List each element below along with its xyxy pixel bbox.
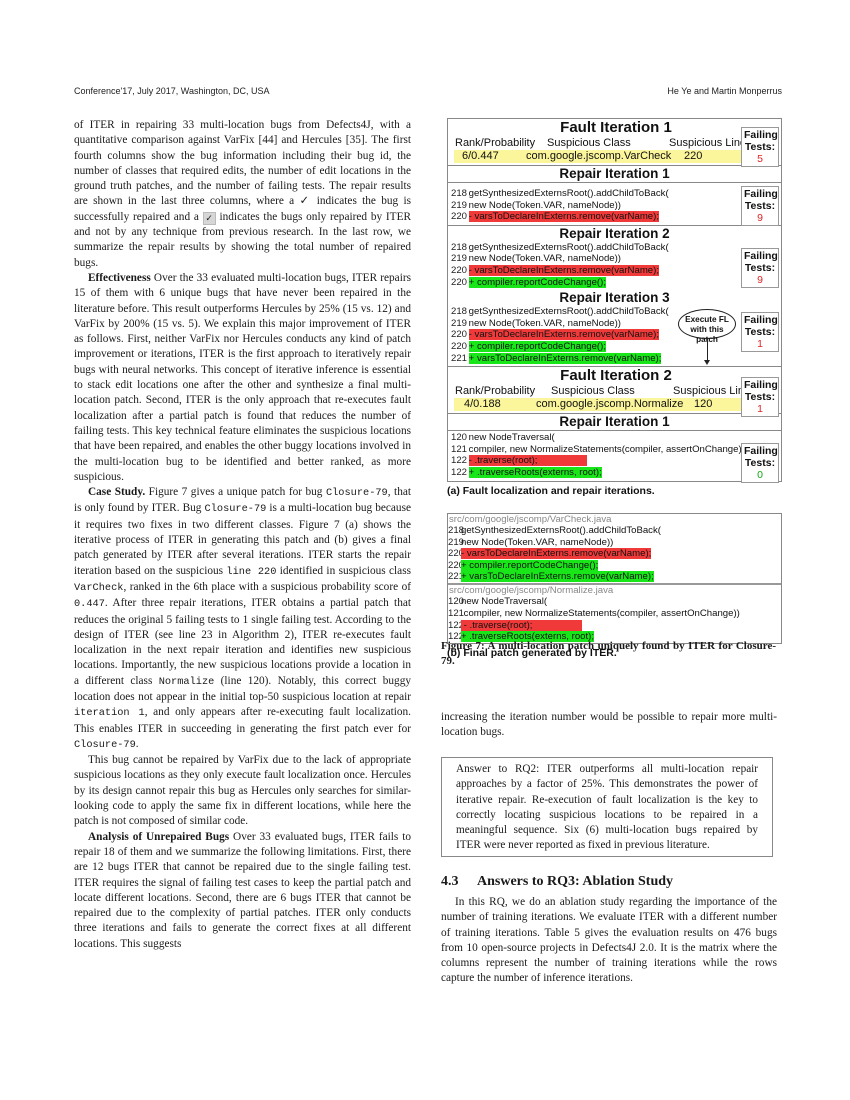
code-text: new Node(Token.VAR, nameNode)) <box>461 537 613 548</box>
code-text: getSynthesizedExternsRoot().addChildToBa… <box>469 306 669 317</box>
text: . After three repair iterations, ITER ob… <box>74 597 411 686</box>
code-line-added: 221+ varsToDeclareInExterns.remove(varNa… <box>448 571 781 583</box>
code-line: 219new Node(Token.VAR, nameNode)) <box>448 537 781 549</box>
failing-tests-box: Failing Tests: 0 <box>741 443 779 483</box>
text: Over 33 evaluated bugs, ITER fails to re… <box>74 831 411 950</box>
fault-table-header: Rank/Probability Suspicious Class Suspic… <box>451 137 781 150</box>
line-value: 220 <box>684 150 702 163</box>
run-in-heading-effectiveness: Effectiveness <box>88 272 151 284</box>
rq2-answer-box: Answer to RQ2: ITER outperforms all mult… <box>441 757 773 857</box>
shaded-checkmark-icon: ✓ <box>203 212 216 225</box>
tests-label: Tests: <box>744 262 776 274</box>
fault-iteration-2-title: Fault Iteration 2 <box>451 367 781 385</box>
code-text: + compiler.reportCodeChange(); <box>469 341 606 352</box>
failing-count: 1 <box>744 403 776 415</box>
failing-count: 0 <box>744 469 776 481</box>
code-text: getSynthesizedExternsRoot().addChildToBa… <box>469 188 669 199</box>
line-number: 218 <box>451 242 466 254</box>
line-number: 218 <box>451 306 466 318</box>
code-bug-id: Closure-79 <box>326 487 388 499</box>
code-line-added: 220 + compiler.reportCodeChange(); <box>451 277 781 289</box>
figure-7: Fault Iteration 1 Rank/Probability Suspi… <box>447 118 782 660</box>
code-text: compiler, new NormalizeStatements(compil… <box>461 608 740 619</box>
subcaption-a: (a) Fault localization and repair iterat… <box>447 484 782 498</box>
checkmark-icon: ✓ <box>299 195 311 207</box>
execute-fl-callout: Execute FL with this patch <box>678 309 736 339</box>
repair-iteration-1-title-f2: Repair Iteration 1 <box>448 414 781 430</box>
code-text: compiler, new NormalizeStatements(compil… <box>469 444 745 455</box>
code-line: 219 new Node(Token.VAR, nameNode)) <box>451 253 781 265</box>
code-line-added: 220+ compiler.reportCodeChange(); <box>448 560 781 572</box>
line-number: 220 <box>451 211 466 223</box>
code-line-added: 122 + .traverseRoots(externs, root); <box>451 467 781 479</box>
failing-count: 9 <box>744 212 776 224</box>
code-line-deleted: 122 - .traverse(root); <box>448 620 781 632</box>
col-rank-probability: Rank/Probability <box>455 385 551 398</box>
line-value: 120 <box>694 398 712 411</box>
code-text: - varsToDeclareInExterns.remove(varName)… <box>461 548 651 559</box>
failing-label: Failing <box>744 314 776 326</box>
paragraph-varfix-hercules: This bug cannot be repaired by VarFix du… <box>74 753 411 829</box>
col-suspicious-line: Suspicious Line <box>669 137 746 150</box>
figure-caption: Figure 7: A multi-location patch uniquel… <box>441 639 776 668</box>
failing-tests-box: Failing Tests: 1 <box>741 312 779 352</box>
figure-panel-b: src/com/google/jscomp/VarCheck.java 218g… <box>447 513 782 644</box>
line-number: 219 <box>451 253 466 265</box>
failing-count: 5 <box>744 153 776 165</box>
line-number: 220 <box>448 548 461 560</box>
code-line: 218getSynthesizedExternsRoot().addChildT… <box>448 525 781 537</box>
file-path-normalize: src/com/google/jscomp/Normalize.java <box>448 585 781 597</box>
section-title: Answers to RQ3: Ablation Study <box>477 874 673 889</box>
code-text: + compiler.reportCodeChange(); <box>461 560 598 571</box>
line-number: 220 <box>451 341 466 353</box>
right-column-rq3: In this RQ, we do an ablation study rega… <box>441 895 777 987</box>
tests-label: Tests: <box>744 326 776 338</box>
fault-iteration-1: Fault Iteration 1 Rank/Probability Suspi… <box>448 119 781 165</box>
paragraph-rq3: In this RQ, we do an ablation study rega… <box>441 895 777 987</box>
paragraph-continuation: increasing the iteration number would be… <box>441 710 777 741</box>
failing-tests-box: Failing Tests: 9 <box>741 248 779 288</box>
code-text: - varsToDeclareInExterns.remove(varName)… <box>469 329 659 340</box>
line-number: 220 <box>451 329 466 341</box>
repair-iteration-1: 218 getSynthesizedExternsRoot().addChild… <box>448 183 781 225</box>
code-line-deleted: 220- varsToDeclareInExterns.remove(varNa… <box>448 548 781 560</box>
line-number: 218 <box>451 188 466 200</box>
line-number: 219 <box>451 200 466 212</box>
failing-label: Failing <box>744 379 776 391</box>
repair-iteration-1-title: Repair Iteration 1 <box>448 166 781 182</box>
text: Figure 7 gives a unique patch for bug <box>145 486 326 498</box>
tests-label: Tests: <box>744 200 776 212</box>
paragraph-unrepaired: Analysis of Unrepaired Bugs Over 33 eval… <box>74 830 411 952</box>
failing-label: Failing <box>744 250 776 262</box>
code-text: new Node(Token.VAR, nameNode)) <box>469 253 621 264</box>
line-number: 219 <box>451 318 466 330</box>
run-in-heading-case-study: Case Study. <box>88 486 145 498</box>
class-value: com.google.jscomp.VarCheck <box>526 150 684 163</box>
code-bug-id: Closure-79 <box>205 503 267 515</box>
left-column: of ITER in repairing 33 multi-location b… <box>74 118 411 952</box>
failing-tests-box: Failing Tests: 5 <box>741 127 779 167</box>
text: Over the 33 evaluated multi-location bug… <box>74 272 411 483</box>
code-text: getSynthesizedExternsRoot().addChildToBa… <box>469 242 669 253</box>
code-text: new NodeTraversal( <box>469 432 555 443</box>
line-number: 122 <box>451 467 466 479</box>
line-number: 220 <box>451 277 466 289</box>
code-bug-id: Closure-79 <box>74 739 136 751</box>
col-rank-probability: Rank/Probability <box>455 137 547 150</box>
code-line: 121 compiler, new NormalizeStatements(co… <box>451 444 781 456</box>
section-number: 4.3 <box>441 874 477 890</box>
failing-tests-box: Failing Tests: 1 <box>741 377 779 417</box>
class-value: com.google.jscomp.Normalize <box>536 398 694 411</box>
fault-iteration-2: Fault Iteration 2 Rank/Probability Suspi… <box>448 367 781 413</box>
code-line-deleted: 220 - varsToDeclareInExterns.remove(varN… <box>451 211 781 223</box>
paragraph-effectiveness: Effectiveness Over the 33 evaluated mult… <box>74 271 411 485</box>
fault-table-row: 6/0.447 com.google.jscomp.VarCheck 220 <box>454 150 744 163</box>
text: identified in suspicious class <box>276 565 411 577</box>
line-number: 221 <box>448 571 461 583</box>
paragraph-case-study: Case Study. Figure 7 gives a unique patc… <box>74 485 411 753</box>
failing-label: Failing <box>744 445 776 457</box>
code-score: 0.447 <box>74 598 105 610</box>
fault-table-row: 4/0.188 com.google.jscomp.Normalize 120 <box>454 398 744 411</box>
code-text: - .traverse(root); <box>461 620 582 631</box>
repair-iteration-2: 218 getSynthesizedExternsRoot().addChild… <box>448 242 781 290</box>
line-number: 219 <box>448 537 461 549</box>
running-header-authors: He Ye and Martin Monperrus <box>667 86 782 96</box>
line-number: 122 <box>451 455 466 467</box>
rank-value: 6/0.447 <box>454 150 526 163</box>
code-line: 121 compiler, new NormalizeStatements(co… <box>448 608 781 620</box>
code-text: - .traverse(root); <box>469 455 588 466</box>
fault-table-header: Rank/Probability Suspicious Class Suspic… <box>451 385 781 398</box>
tests-label: Tests: <box>744 141 776 153</box>
file-path-varcheck: src/com/google/jscomp/VarCheck.java <box>448 514 781 526</box>
code-text: getSynthesizedExternsRoot().addChildToBa… <box>461 525 661 536</box>
code-text: new Node(Token.VAR, nameNode)) <box>469 200 621 211</box>
code-line: 219 new Node(Token.VAR, nameNode)) <box>451 200 781 212</box>
code-text: - varsToDeclareInExterns.remove(varName)… <box>469 265 659 276</box>
failing-tests-box: Failing Tests: 9 <box>741 186 779 226</box>
code-iteration: iteration 1 <box>74 707 145 719</box>
tests-label: Tests: <box>744 391 776 403</box>
text: , ranked in the 6th place with a suspici… <box>123 581 411 593</box>
code-class: Normalize <box>159 676 215 688</box>
line-number: 121 <box>448 608 461 620</box>
repair-iteration-2-title: Repair Iteration 2 <box>448 226 781 242</box>
rank-value: 4/0.188 <box>454 398 536 411</box>
line-number: 120 <box>448 596 461 608</box>
code-line: 120 new NodeTraversal( <box>451 432 781 444</box>
line-number: 120 <box>451 432 466 444</box>
code-line: line 220 <box>226 566 276 578</box>
repair-iteration-f2: 120 new NodeTraversal( 121 compiler, new… <box>448 431 781 480</box>
right-column-continuation: increasing the iteration number would be… <box>441 710 777 741</box>
failing-count: 9 <box>744 274 776 286</box>
paragraph-table-description: of ITER in repairing 33 multi-location b… <box>74 118 411 271</box>
callout-line-1: Execute FL <box>679 315 735 325</box>
running-header-venue: Conference'17, July 2017, Washington, DC… <box>74 86 270 96</box>
line-number: 221 <box>451 353 466 365</box>
col-suspicious-class: Suspicious Class <box>551 385 673 398</box>
repair-iteration-3-title: Repair Iteration 3 <box>448 290 781 306</box>
line-number: 122 <box>448 620 461 632</box>
col-suspicious-line: Suspicious Line <box>673 385 750 398</box>
tests-label: Tests: <box>744 457 776 469</box>
code-line-added: 221 + varsToDeclareInExterns.remove(varN… <box>451 353 781 365</box>
code-text: + compiler.reportCodeChange(); <box>469 277 606 288</box>
line-number: 220 <box>451 265 466 277</box>
code-line: 218 getSynthesizedExternsRoot().addChild… <box>451 188 781 200</box>
failing-count: 1 <box>744 338 776 350</box>
line-number: 218 <box>448 525 461 537</box>
text: . <box>136 738 139 750</box>
section-heading-4-3: 4.3Answers to RQ3: Ablation Study <box>441 874 673 890</box>
code-line: 218 getSynthesizedExternsRoot().addChild… <box>451 242 781 254</box>
code-line-deleted: 122 - .traverse(root); <box>451 455 781 467</box>
run-in-heading-unrepaired: Analysis of Unrepaired Bugs <box>88 831 229 843</box>
fault-iteration-1-title: Fault Iteration 1 <box>451 119 781 137</box>
line-number: 121 <box>451 444 466 456</box>
code-class: VarCheck <box>74 582 123 594</box>
code-text: + .traverseRoots(externs, root); <box>469 467 602 478</box>
code-line: 120new NodeTraversal( <box>448 596 781 608</box>
col-suspicious-class: Suspicious Class <box>547 137 669 150</box>
code-text: - varsToDeclareInExterns.remove(varName)… <box>469 211 659 222</box>
arrow-down-icon <box>707 339 708 363</box>
figure-panel-a: Fault Iteration 1 Rank/Probability Suspi… <box>447 118 782 482</box>
failing-label: Failing <box>744 188 776 200</box>
line-number: 220 <box>448 560 461 572</box>
code-text: new NodeTraversal( <box>461 596 547 607</box>
code-text: + varsToDeclareInExterns.remove(varName)… <box>461 571 654 582</box>
failing-label: Failing <box>744 129 776 141</box>
code-text: + varsToDeclareInExterns.remove(varName)… <box>469 353 662 364</box>
code-line-deleted: 220 - varsToDeclareInExterns.remove(varN… <box>451 265 781 277</box>
code-text: new Node(Token.VAR, nameNode)) <box>469 318 621 329</box>
